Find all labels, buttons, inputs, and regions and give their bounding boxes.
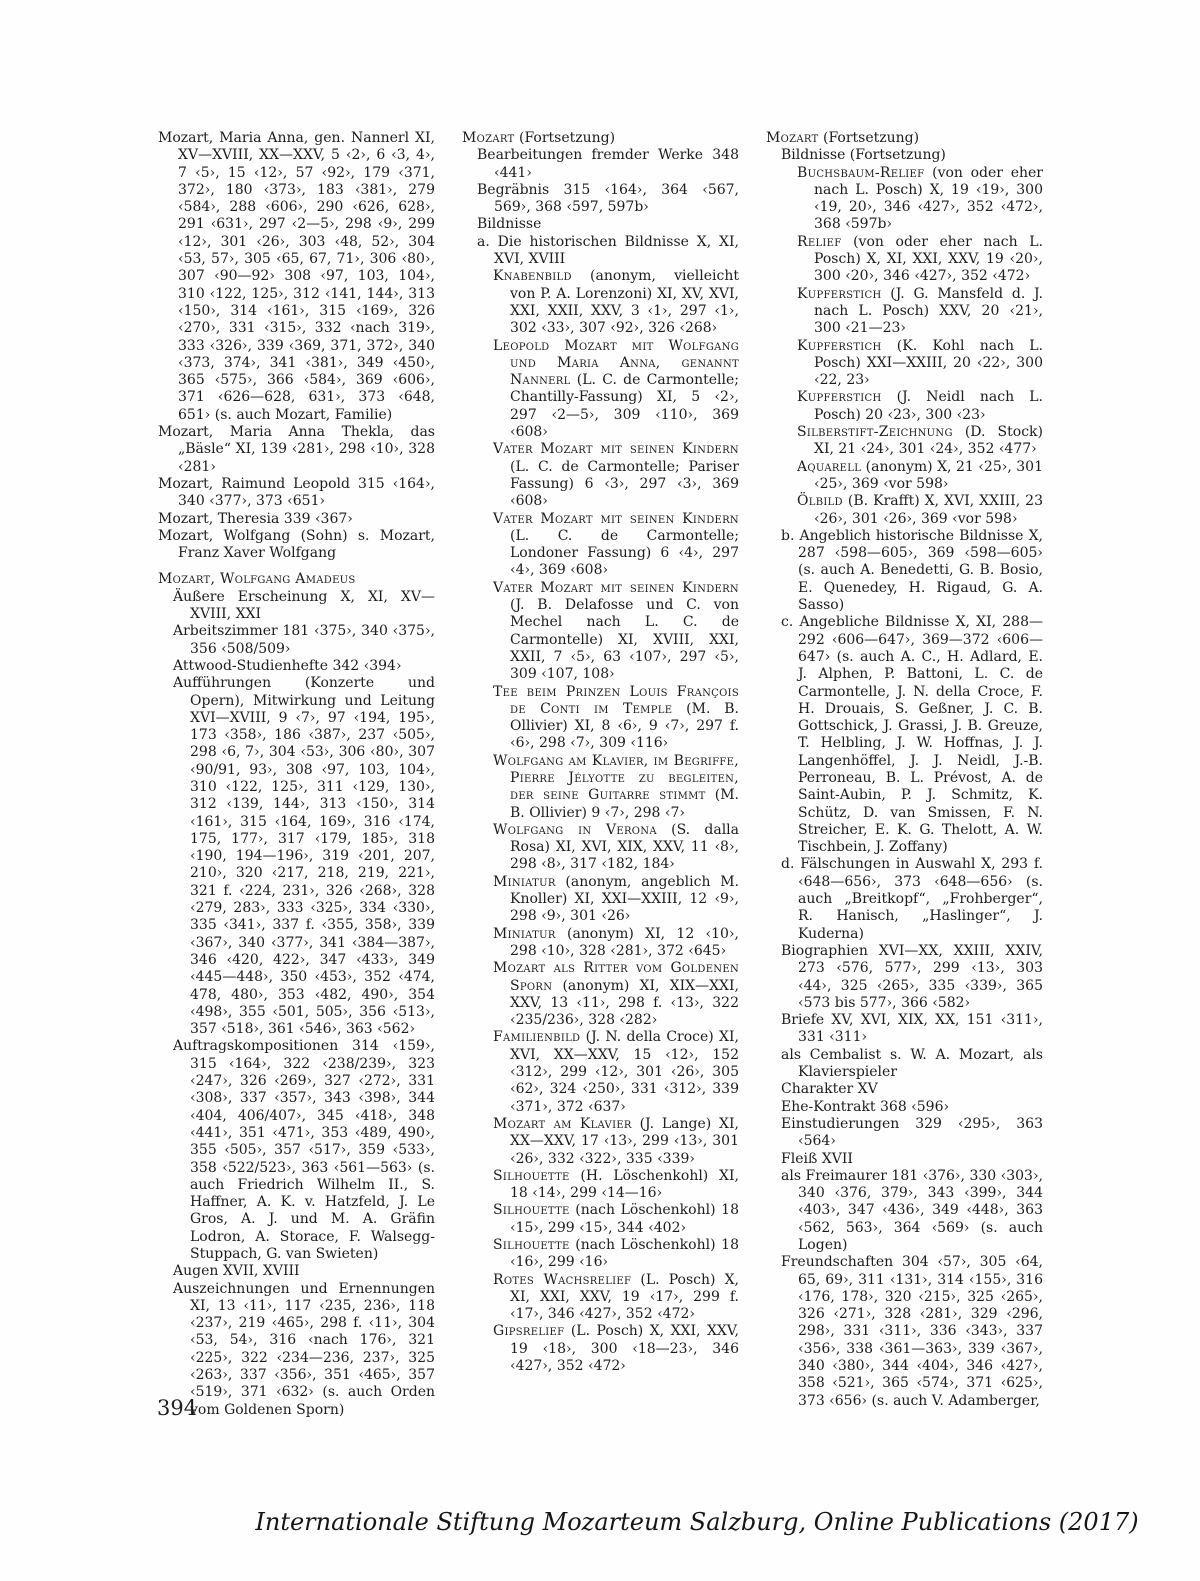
index-entry-text: Mozart, Theresia 339 ‹367›	[158, 511, 353, 527]
index-entry-text: (L. C. de Carmontelle; Londoner Fassung)…	[510, 528, 739, 579]
index-entry: Mozart (Fortsetzung)	[462, 130, 739, 147]
index-entry: Mozart, Raimund Leopold 315 ‹164›, 340 ‹…	[158, 476, 435, 511]
index-entry-text: c. Angebliche Bildnisse X, XI, 288—292 ‹…	[781, 614, 1043, 855]
index-entry: Vater Mozart mit seinen Kindern (J. B. D…	[493, 580, 739, 684]
index-entry: Knabenbild (anonym, vielleicht von P. A.…	[493, 268, 739, 337]
index-entry: als Cembalist s. W. A. Mozart, als Klavi…	[781, 1047, 1043, 1082]
index-entry: c. Angebliche Bildnisse X, XI, 288—292 ‹…	[781, 614, 1043, 856]
index-entry-text: Augen XVII, XVIII	[173, 1263, 300, 1279]
index-entry: Bildnisse	[477, 216, 739, 233]
index-entry: Buchsbaum-Relief (von oder eher nach L. …	[797, 165, 1043, 234]
index-entry: Silberstift-Zeichnung (D. Stock) XI, 21 …	[797, 424, 1043, 459]
index-entry: Silhouette (nach Löschenkohl) 18 ‹15›, 2…	[493, 1202, 739, 1237]
index-entry-text: Mozart, Raimund Leopold 315 ‹164›, 340 ‹…	[158, 476, 435, 509]
index-entry-text: (B. Krafft) X, XVI, XXIII, 23 ‹26›, 301 …	[814, 493, 1043, 526]
index-entry-text: Mozart, Maria Anna Thekla, das „Bäsle“ X…	[158, 424, 435, 475]
index-entry: Begräbnis 315 ‹164›, 364 ‹567, 569›, 368…	[477, 182, 739, 217]
index-entry-heading-smallcaps: Miniatur	[493, 874, 556, 890]
index-entry-text: Bildnisse (Fortsetzung)	[781, 147, 946, 163]
index-entry-heading-smallcaps: Familienbild	[493, 1029, 580, 1045]
index-entry-text: b. Angeblich historische Bildnisse X, 28…	[781, 528, 1043, 613]
index-entry: Arbeitszimmer 181 ‹375›, 340 ‹375›, 356 …	[173, 623, 435, 658]
index-entry: Mozart (Fortsetzung)	[766, 130, 1043, 147]
index-entry-heading-smallcaps: Kupferstich	[797, 286, 882, 302]
index-entry-text: Biographien XVI—XX, XXIII, XXIV, 273 ‹57…	[781, 943, 1043, 1011]
index-entry: Attwood-Studienhefte 342 ‹394›	[173, 658, 435, 675]
index-entry-heading-smallcaps: Mozart am Klavier	[493, 1116, 632, 1132]
index-entry: Wolfgang am Klavier, im Begriffe, Pierre…	[493, 753, 739, 822]
index-entry-heading-smallcaps: Silhouette	[493, 1202, 570, 1218]
index-entry-text: (L. C. de Carmontelle; Pariser Fassung) …	[510, 459, 739, 510]
index-entry-heading-smallcaps: Silhouette	[493, 1237, 570, 1253]
index-column-left: Mozart, Maria Anna, gen. Nannerl XI, XV—…	[158, 130, 435, 1419]
index-entry-heading-smallcaps: Silberstift-Zeichnung	[797, 424, 953, 440]
index-entry-heading-smallcaps: Gipsrelief	[493, 1323, 564, 1339]
index-entry: a. Die historischen Bildnisse X, XI, XVI…	[477, 234, 739, 269]
index-entry-text: als Freimaurer 181 ‹376›, 330 ‹303›, 340…	[781, 1168, 1043, 1253]
index-entry-text: Einstudierungen 329 ‹295›, 363 ‹564›	[781, 1116, 1043, 1149]
index-entry-text: Mozart, Wolfgang (Sohn) s. Mozart, Franz…	[158, 528, 435, 561]
index-entry: Augen XVII, XVIII	[173, 1263, 435, 1280]
index-entry: Tee beim Prinzen Louis François de Conti…	[493, 684, 739, 753]
index-entry: Vater Mozart mit seinen Kindern (L. C. d…	[493, 511, 739, 580]
index-entry: Mozart, Maria Anna Thekla, das „Bäsle“ X…	[158, 424, 435, 476]
index-entry-heading-smallcaps: Wolfgang in Verona	[493, 822, 657, 838]
index-entry: Familienbild (J. N. della Croce) XI, XVI…	[493, 1029, 739, 1115]
index-entry: Mozart, Maria Anna, gen. Nannerl XI, XV—…	[158, 130, 435, 424]
index-entry-heading-smallcaps: Buchsbaum-Relief	[797, 165, 924, 181]
index-entry-text: Freundschaften 304 ‹57›, 305 ‹64, 65, 69…	[781, 1254, 1043, 1408]
index-entry: Mozart, Theresia 339 ‹367›	[158, 511, 435, 528]
index-entry: Mozart als Ritter vom Goldenen Sporn (an…	[493, 960, 739, 1029]
index-entry: Miniatur (anonym) XI, 12 ‹10›, 298 ‹10›,…	[493, 926, 739, 961]
index-entry-text: Begräbnis 315 ‹164›, 364 ‹567, 569›, 368…	[477, 182, 739, 215]
index-entry-heading-smallcaps: Kupferstich	[797, 389, 882, 405]
index-entry: Vater Mozart mit seinen Kindern (L. C. d…	[493, 441, 739, 510]
index-entry-text: Auftragskompositionen 314 ‹159›, 315 ‹16…	[173, 1038, 435, 1262]
index-entry: Kupferstich (J. Neidl nach L. Posch) 20 …	[797, 389, 1043, 424]
index-entry-heading-smallcaps: Knabenbild	[493, 268, 572, 284]
index-entry-heading-smallcaps: Silhouette	[493, 1168, 570, 1184]
index-entry-text: Aufführungen (Konzerte und Opern), Mitwi…	[173, 675, 435, 1037]
index-entry: b. Angeblich historische Bildnisse X, 28…	[781, 528, 1043, 614]
index-entry-heading-smallcaps: Vater Mozart mit seinen Kindern	[493, 511, 739, 527]
index-entry-heading-smallcaps: Mozart, Wolfgang Amadeus	[158, 571, 356, 587]
index-entry: Biographien XVI—XX, XXIII, XXIV, 273 ‹57…	[781, 943, 1043, 1012]
index-entry-text: Auszeichnungen und Ernennungen XI, 13 ‹1…	[173, 1281, 435, 1418]
index-entry: Freundschaften 304 ‹57›, 305 ‹64, 65, 69…	[781, 1254, 1043, 1410]
index-entry: als Freimaurer 181 ‹376›, 330 ‹303›, 340…	[781, 1168, 1043, 1254]
index-entry-text: Briefe XV, XVI, XIX, XX, 151 ‹311›, 331 …	[781, 1012, 1043, 1045]
index-entry-text: (von oder eher nach L. Posch) X, XI, XXI…	[814, 234, 1043, 285]
index-entry-text: als Cembalist s. W. A. Mozart, als Klavi…	[781, 1047, 1043, 1080]
index-column-right: Mozart (Fortsetzung)Bildnisse (Fortsetzu…	[766, 130, 1043, 1419]
index-entry-heading-smallcaps: Vater Mozart mit seinen Kindern	[493, 580, 739, 596]
index-entry: Charakter XV	[781, 1081, 1043, 1098]
index-entry-text: Fleiß XVII	[781, 1151, 853, 1167]
index-entry-heading-smallcaps: Kupferstich	[797, 338, 882, 354]
index-entry: Äußere Erscheinung X, XI, XV—XVIII, XXI	[173, 589, 435, 624]
index-entry: Kupferstich (K. Kohl nach L. Posch) XXI—…	[797, 338, 1043, 390]
index-entry: Mozart, Wolfgang Amadeus	[158, 571, 435, 588]
index-entry: Kupferstich (J. G. Mansfeld d. J. nach L…	[797, 286, 1043, 338]
index-entry: Mozart, Wolfgang (Sohn) s. Mozart, Franz…	[158, 528, 435, 563]
index-entry-text: Arbeitszimmer 181 ‹375›, 340 ‹375›, 356 …	[173, 623, 435, 656]
index-entry-heading-smallcaps: Vater Mozart mit seinen Kindern	[493, 441, 739, 457]
index-entry-heading-smallcaps: Relief	[797, 234, 841, 250]
index-entry: Silhouette (H. Löschenkohl) XI, 18 ‹14›,…	[493, 1168, 739, 1203]
index-entry: Ehe-Kontrakt 368 ‹596›	[781, 1099, 1043, 1116]
index-entry: Ölbild (B. Krafft) X, XVI, XXIII, 23 ‹26…	[797, 493, 1043, 528]
index-entry-text: Charakter XV	[781, 1081, 878, 1097]
index-entry: Relief (von oder eher nach L. Posch) X, …	[797, 234, 1043, 286]
index-entry-text: Ehe-Kontrakt 368 ‹596›	[781, 1099, 949, 1115]
index-entry-text: Mozart, Maria Anna, gen. Nannerl XI, XV—…	[158, 130, 435, 423]
index-entry-text: Bearbeitungen fremder Werke 348 ‹441›	[477, 147, 739, 180]
index-entry: Fleiß XVII	[781, 1151, 1043, 1168]
index-entry: Einstudierungen 329 ‹295›, 363 ‹564›	[781, 1116, 1043, 1151]
index-entry-heading-smallcaps: Mozart	[462, 130, 515, 146]
index-entry-heading-smallcaps: Mozart	[766, 130, 819, 146]
index-entry: Aufführungen (Konzerte und Opern), Mitwi…	[173, 675, 435, 1038]
index-entry: Mozart am Klavier (J. Lange) XI, XX—XXV,…	[493, 1116, 739, 1168]
index-entry: Briefe XV, XVI, XIX, XX, 151 ‹311›, 331 …	[781, 1012, 1043, 1047]
index-entry-heading-smallcaps: Miniatur	[493, 926, 556, 942]
index-entry-text: (Fortsetzung)	[819, 130, 920, 146]
index-entry: Gipsrelief (L. Posch) X, XXI, XXV, 19 ‹1…	[493, 1323, 739, 1375]
index-entry-heading-smallcaps: Ölbild	[797, 493, 843, 509]
page-number: 394	[157, 1398, 197, 1419]
index-column-center: Mozart (Fortsetzung)Bearbeitungen fremde…	[462, 130, 739, 1419]
index-entry-text: Äußere Erscheinung X, XI, XV—XVIII, XXI	[173, 589, 435, 622]
index-entry: Rotes Wachsrelief (L. Posch) X, XI, XXI,…	[493, 1272, 739, 1324]
index-entry: Bildnisse (Fortsetzung)	[781, 147, 1043, 164]
index-entry-heading-smallcaps: Wolfgang am Klavier, im Begriffe, Pierre…	[493, 753, 739, 804]
index-entry: Bearbeitungen fremder Werke 348 ‹441›	[477, 147, 739, 182]
index-entry-text: Bildnisse	[477, 216, 541, 232]
index-entry: Auszeichnungen und Ernennungen XI, 13 ‹1…	[173, 1281, 435, 1419]
index-entry-heading-smallcaps: Rotes Wachsrelief	[493, 1272, 631, 1288]
footer-publication-note: Internationale Stiftung Mozarteum Salzbu…	[0, 1507, 1200, 1538]
index-entry: Leopold Mozart mit Wolfgang und Maria An…	[493, 338, 739, 442]
index-entry: d. Fälschungen in Auswahl X, 293 f. ‹648…	[781, 856, 1043, 942]
index-entry: Silhouette (nach Löschenkohl) 18 ‹16›, 2…	[493, 1237, 739, 1272]
index-entry: Miniatur (anonym, angeblich M. Knoller) …	[493, 874, 739, 926]
index-columns: Mozart, Maria Anna, gen. Nannerl XI, XV—…	[158, 130, 1043, 1419]
index-entry-heading-smallcaps: Aquarell	[797, 459, 861, 475]
index-entry: Auftragskompositionen 314 ‹159›, 315 ‹16…	[173, 1038, 435, 1263]
index-entry: Wolfgang in Verona (S. dalla Rosa) XI, X…	[493, 822, 739, 874]
index-entry: Aquarell (anonym) X, 21 ‹25›, 301 ‹25›, …	[797, 459, 1043, 494]
index-entry-text: a. Die historischen Bildnisse X, XI, XVI…	[477, 234, 739, 267]
index-entry-text: Attwood-Studienhefte 342 ‹394›	[173, 658, 402, 674]
index-entry-text: d. Fälschungen in Auswahl X, 293 f. ‹648…	[781, 856, 1043, 941]
index-entry-text: (Fortsetzung)	[515, 130, 616, 146]
index-entry-text: (J. B. Delafosse und C. von Mechel nach …	[510, 597, 739, 682]
book-index-page: Mozart, Maria Anna, gen. Nannerl XI, XV—…	[0, 0, 1200, 1581]
